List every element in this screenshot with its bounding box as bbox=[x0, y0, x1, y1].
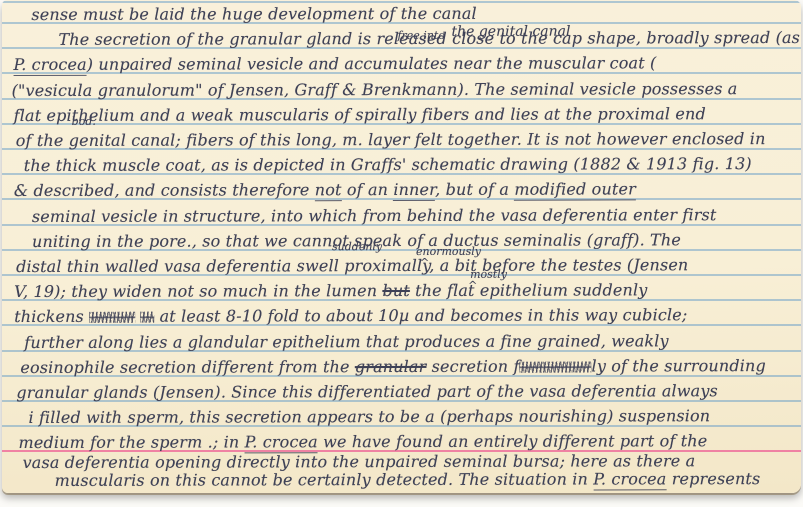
handwritten-text: of the genital canal; fibers of this lon… bbox=[16, 129, 766, 150]
handwritten-line: eosinophile secretion different from the… bbox=[20, 355, 766, 379]
handwritten-text: sense must be laid the huge development … bbox=[31, 4, 476, 24]
interline-insertion: suddenly bbox=[332, 240, 382, 253]
handwritten-text: flat epithelium and a weak muscularis of… bbox=[14, 104, 706, 125]
photo-of-handwritten-index-card: { "card": { "background": "#f8efd6", "ru… bbox=[0, 0, 803, 507]
handwritten-line: P. crocea) unpaired seminal vesicle and … bbox=[13, 53, 656, 77]
handwritten-text: represents bbox=[666, 469, 760, 488]
handwritten-text: , but of a bbox=[435, 180, 514, 199]
handwritten-line: ("vesicula granulorum" of Jensen, Graff … bbox=[12, 78, 738, 102]
interline-insertion: the genital canal bbox=[451, 24, 570, 40]
handwritten-line: i filled with sperm, this secretion appe… bbox=[28, 405, 710, 429]
handwritten-text: we have found an entirely different part… bbox=[318, 431, 708, 451]
handwritten-text: eosinophile secretion different from the bbox=[20, 357, 355, 377]
scribbled-out-word bbox=[140, 312, 154, 323]
handwritten-line: V, 19); they widen not so much in the lu… bbox=[14, 280, 647, 304]
scribbled-out-word bbox=[520, 361, 592, 372]
handwritten-line: distal thin walled vasa deferentia swell… bbox=[16, 254, 688, 278]
caret-insertion-mark: ^ bbox=[468, 279, 477, 292]
handwritten-line: & described, and consists therefore not … bbox=[14, 179, 636, 203]
handwritten-text: granular glands (Jensen). Since this dif… bbox=[16, 381, 718, 402]
handwritten-text: i filled with sperm, this secretion appe… bbox=[28, 406, 710, 427]
underlined-text: P. crocea bbox=[245, 432, 318, 453]
struck-text: but bbox=[382, 281, 409, 300]
caret-insertion-mark: ^ bbox=[420, 256, 429, 269]
handwritten-text: at least 8-10 fold to about 10µ and beco… bbox=[154, 306, 687, 326]
interline-insertion: free into bbox=[397, 29, 445, 42]
handwritten-line: the thick muscle coat, as is depicted in… bbox=[24, 153, 752, 177]
handwritten-line: further along lies a glandular epitheliu… bbox=[24, 330, 668, 354]
underlined-text: inner bbox=[393, 180, 435, 201]
handwritten-text: seminal vesicle in structure, into which… bbox=[32, 205, 717, 226]
handwritten-line: sense must be laid the huge development … bbox=[31, 3, 476, 26]
handwritten-line: flat epithelium and a weak muscularis of… bbox=[14, 103, 706, 127]
handwritten-text: further along lies a glandular epitheliu… bbox=[24, 331, 668, 352]
handwritten-line: of the genital canal; fibers of this lon… bbox=[16, 128, 766, 152]
index-card: sense must be laid the huge development … bbox=[2, 0, 801, 493]
handwritten-text: medium for the sperm .; in bbox=[18, 432, 244, 452]
interline-insertion: bod. bbox=[72, 115, 96, 128]
handwritten-text: ) unpaired seminal vesicle and accumulat… bbox=[87, 54, 657, 74]
handwritten-text: thickens bbox=[14, 307, 89, 326]
scribbled-out-word bbox=[89, 312, 135, 323]
handwritten-text: ("vesicula granulorum" of Jensen, Graff … bbox=[12, 79, 738, 100]
handwritten-line: seminal vesicle in structure, into which… bbox=[32, 204, 717, 228]
handwritten-text: muscularis on this cannot be certainly d… bbox=[55, 469, 594, 489]
handwritten-line: granular glands (Jensen). Since this dif… bbox=[16, 380, 718, 404]
handwritten-text: distal thin walled vasa deferentia swell… bbox=[16, 255, 688, 276]
handwritten-text: V, 19); they widen not so much in the lu… bbox=[14, 281, 382, 301]
handwritten-text: the thick muscle coat, as is depicted in… bbox=[24, 154, 752, 175]
underlined-text: not bbox=[315, 181, 342, 202]
handwritten-line: thickens at least 8-10 fold to about 10µ… bbox=[14, 305, 687, 329]
underlined-text: modified outer bbox=[514, 180, 636, 201]
handwritten-text: of an bbox=[342, 180, 394, 199]
struck-text: granular bbox=[355, 357, 427, 376]
handwritten-text: secretion f bbox=[426, 356, 519, 375]
handwriting-layer: sense must be laid the huge development … bbox=[2, 0, 801, 493]
underlined-text: P. crocea bbox=[593, 469, 666, 490]
handwritten-text: & described, and consists therefore bbox=[14, 181, 315, 201]
handwritten-text: the flat epithelium suddenly bbox=[410, 281, 648, 301]
underlined-text: P. crocea bbox=[13, 55, 86, 76]
handwritten-text: ly of the surrounding bbox=[592, 356, 766, 375]
handwritten-line: muscularis on this cannot be certainly d… bbox=[55, 468, 761, 492]
